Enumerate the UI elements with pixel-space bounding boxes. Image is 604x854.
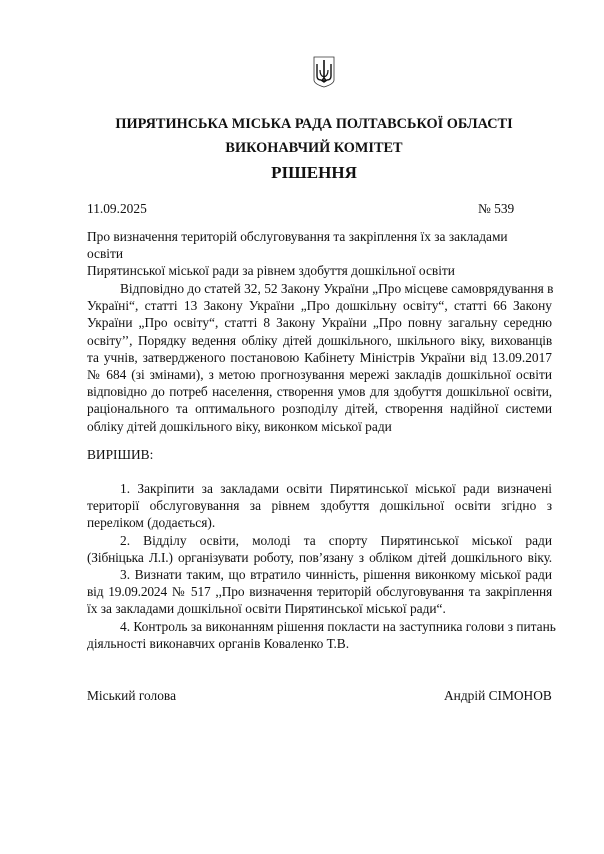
- committee-heading: ВИКОНАВЧИЙ КОМІТЕТ: [12, 140, 604, 157]
- preamble-line: відповідно до потреб населення, створенн…: [87, 383, 552, 400]
- item-line: діяльності виконавчих органів Коваленко …: [87, 635, 552, 652]
- preamble-paragraph: Відповідно до статей 32, 52 Закону Украї…: [87, 280, 552, 435]
- item-line: території обслуговування за рівнем здобу…: [87, 497, 552, 514]
- preamble-line: обліку дітей дошкільного віку, виконком …: [87, 418, 552, 435]
- document-page: ПИРЯТИНСЬКА МІСЬКА РАДА ПОЛТАВСЬКОЇ ОБЛА…: [0, 0, 604, 854]
- resolved-label: ВИРІШИВ:: [87, 447, 153, 463]
- decision-date: 11.09.2025: [87, 201, 147, 217]
- preamble-line: та учнів, затвердженого постановою Кабін…: [87, 349, 552, 366]
- signatory-name: Андрій СІМОНОВ: [444, 688, 552, 704]
- item-line: 1. Закріпити за закладами освіти Пирятин…: [87, 480, 552, 497]
- item-line: 2. Відділу освіти, молоді та спорту Пиря…: [87, 532, 552, 549]
- item-line: (Зібніцька Л.І.) організувати роботу, по…: [87, 549, 552, 566]
- decision-items: 1. Закріпити за закладами освіти Пирятин…: [87, 480, 552, 652]
- preamble-line: № 684 (зі змінами), з метою прогнозуванн…: [87, 366, 552, 383]
- item-line: 3. Визнати таким, що втратило чинність, …: [87, 566, 552, 583]
- organization-heading: ПИРЯТИНСЬКА МІСЬКА РАДА ПОЛТАВСЬКОЇ ОБЛА…: [12, 116, 604, 133]
- preamble-line: України „Про освіту“, статті 8 Закону Ук…: [87, 314, 552, 331]
- preamble-line: раціонального та оптимального розподілу …: [87, 400, 552, 417]
- preamble-line: Відповідно до статей 32, 52 Закону Украї…: [87, 280, 552, 297]
- item-line: 4. Контроль за виконанням рішення поклас…: [87, 618, 552, 635]
- item-line: переліком (додається).: [87, 514, 552, 531]
- item-line: їх за закладами дошкільної освіти Пиряти…: [87, 600, 552, 617]
- decision-number: № 539: [478, 201, 514, 217]
- signatory-title: Міський голова: [87, 688, 176, 704]
- item-line: від 19.09.2024 № 517 ,,Про визначення те…: [87, 583, 552, 600]
- trident-coat-of-arms-icon: [313, 56, 335, 88]
- preamble-line: освіту’’, Порядку ведення обліку дітей д…: [87, 332, 552, 349]
- subject-line: Пирятинської міської ради за рівнем здоб…: [87, 262, 537, 279]
- preamble-line: Україні“, статті 13 Закону України „Про …: [87, 297, 552, 314]
- decision-subject: Про визначення територій обслуговування …: [87, 228, 537, 279]
- subject-line: Про визначення територій обслуговування …: [87, 228, 537, 262]
- document-type-heading: РІШЕННЯ: [12, 163, 604, 183]
